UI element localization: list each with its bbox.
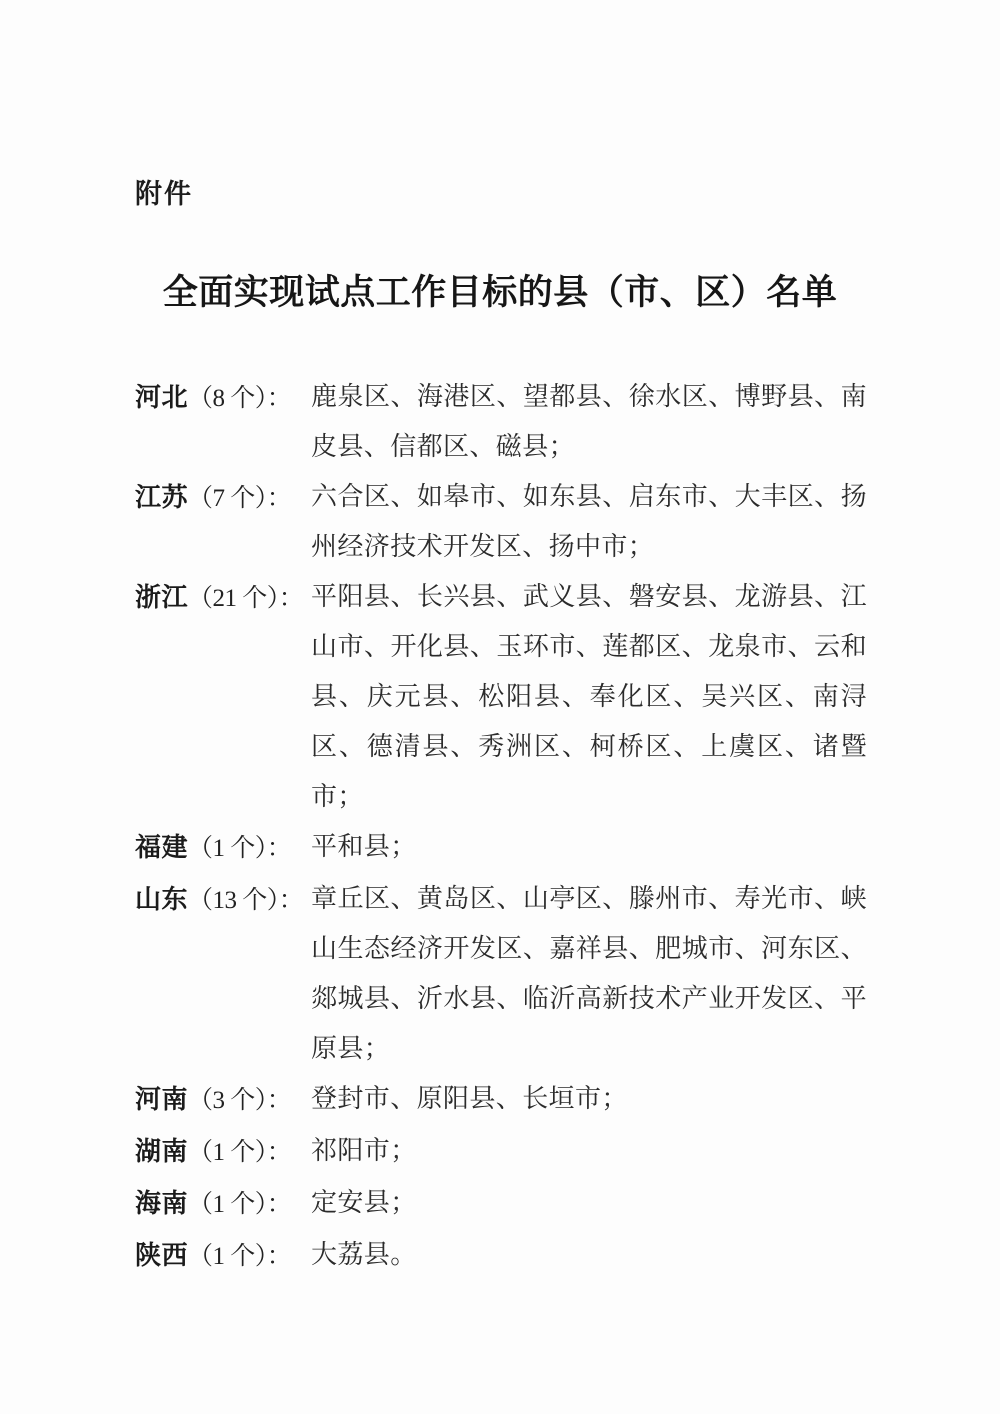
attachment-label: 附件 [135, 178, 193, 210]
region-list: 大荔县。 [311, 1230, 867, 1280]
province-count: （7 个）： [188, 485, 291, 512]
entry-henan: 河南（3 个）： 登封市、原阳县、长垣市； [135, 1074, 867, 1126]
region-list: 平和县； [311, 822, 867, 872]
entry-label-zhejiang: 浙江（21 个）： [135, 572, 311, 624]
province-name: 福建 [135, 832, 188, 862]
region-list: 定安县； [311, 1178, 867, 1228]
entry-label-shandong: 山东（13 个）： [135, 874, 311, 926]
region-list: 鹿泉区、海港区、望都县、徐水区、博野县、南皮县、信都区、磁县； [311, 372, 867, 472]
entry-label-shaanxi: 陕西（1 个）： [135, 1230, 311, 1282]
entry-label-henan: 河南（3 个）： [135, 1074, 311, 1126]
entry-shaanxi: 陕西（1 个）： 大荔县。 [135, 1230, 867, 1282]
region-list: 登封市、原阳县、长垣市； [311, 1074, 867, 1124]
region-list: 六合区、如皋市、如东县、启东市、大丰区、扬州经济技术开发区、扬中市； [311, 472, 867, 572]
entry-label-jiangsu: 江苏（7 个）： [135, 472, 311, 524]
province-name: 山东 [135, 884, 188, 914]
province-count: （1 个）： [188, 1243, 291, 1270]
entry-label-hainan: 海南（1 个）： [135, 1178, 311, 1230]
province-count: （1 个）： [188, 1139, 291, 1166]
province-name: 河南 [135, 1084, 188, 1114]
province-count: （1 个）： [188, 835, 291, 862]
province-count: （1 个）： [188, 1191, 291, 1218]
province-name: 陕西 [135, 1240, 188, 1270]
entry-hunan: 湖南（1 个）： 祁阳市； [135, 1126, 867, 1178]
province-name: 河北 [135, 382, 188, 412]
province-name: 湖南 [135, 1136, 188, 1166]
province-name: 江苏 [135, 482, 188, 512]
region-list: 平阳县、长兴县、武义县、磐安县、龙游县、江山市、开化县、玉环市、莲都区、龙泉市、… [311, 572, 867, 822]
region-list: 章丘区、黄岛区、山亭区、滕州市、寿光市、峡山生态经济开发区、嘉祥县、肥城市、河东… [311, 874, 867, 1074]
page-title: 全面实现试点工作目标的县（市、区）名单 [0, 270, 1000, 316]
entry-shandong: 山东（13 个）： 章丘区、黄岛区、山亭区、滕州市、寿光市、峡山生态经济开发区、… [135, 874, 867, 1074]
entry-label-hunan: 湖南（1 个）： [135, 1126, 311, 1178]
entry-label-fujian: 福建（1 个）： [135, 822, 311, 874]
province-count: （21 个）： [188, 585, 303, 612]
province-count: （3 个）： [188, 1087, 291, 1114]
province-count: （8 个）： [188, 385, 291, 412]
province-name: 浙江 [135, 582, 188, 612]
province-count: （13 个）： [188, 887, 303, 914]
entry-label-hebei: 河北（8 个）： [135, 372, 311, 424]
province-name: 海南 [135, 1188, 188, 1218]
province-entry-list: 河北（8 个）： 鹿泉区、海港区、望都县、徐水区、博野县、南皮县、信都区、磁县；… [135, 372, 867, 1282]
region-list: 祁阳市； [311, 1126, 867, 1176]
entry-fujian: 福建（1 个）： 平和县； [135, 822, 867, 874]
entry-jiangsu: 江苏（7 个）： 六合区、如皋市、如东县、启东市、大丰区、扬州经济技术开发区、扬… [135, 472, 867, 572]
entry-hebei: 河北（8 个）： 鹿泉区、海港区、望都县、徐水区、博野县、南皮县、信都区、磁县； [135, 372, 867, 472]
entry-hainan: 海南（1 个）： 定安县； [135, 1178, 867, 1230]
entry-zhejiang: 浙江（21 个）： 平阳县、长兴县、武义县、磐安县、龙游县、江山市、开化县、玉环… [135, 572, 867, 822]
document-page: 附件 全面实现试点工作目标的县（市、区）名单 河北（8 个）： 鹿泉区、海港区、… [0, 0, 1000, 1414]
